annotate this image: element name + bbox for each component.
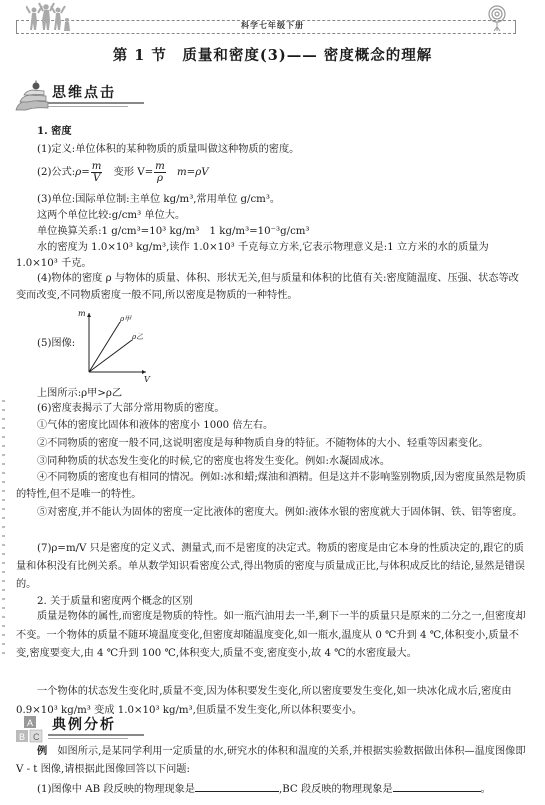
density-graph xyxy=(84,310,154,378)
formula-rho: ρ= xyxy=(75,167,90,178)
page-title: 第 1 节 质量和密度(3)—— 密度概念的理解 xyxy=(0,44,545,65)
divider xyxy=(48,738,128,739)
answer-blank-ab[interactable] xyxy=(195,781,279,792)
item-heading: 1. 密度 xyxy=(37,124,72,139)
section-header-examples: A B C 典例分析 xyxy=(14,712,144,746)
fraction: mρ xyxy=(154,161,166,184)
example-tag: 例 xyxy=(37,745,47,757)
svg-text:B: B xyxy=(19,732,25,742)
numerator: m xyxy=(154,161,166,173)
question-1: (1)图像中 AB 段反映的物理现象是,BC 段反映的物理现象是。 xyxy=(37,781,491,797)
axis-label-v: V xyxy=(144,372,150,387)
axis-label-m: m xyxy=(78,306,86,321)
paragraph-4: (4)物体的密度 ρ 与物体的质量、体积、形状无关,但与质量和体积的比值有关:密… xyxy=(16,270,528,304)
page-header: 科学七年级下册 xyxy=(0,0,545,40)
point-5: ⑤对密度,并不能认为固体的密度一定比液体的密度大。例如:液体水银的密度就大于固体… xyxy=(16,504,528,521)
section-title: 思维点击 xyxy=(52,82,116,102)
divider xyxy=(48,734,144,736)
divider xyxy=(48,106,128,107)
unit-line: (3)单位:国际单位制:主单位 kg/m³,常用单位 g/cm³。 xyxy=(37,192,280,207)
denominator: ρ xyxy=(154,173,166,184)
abc-blocks-icon: A B C xyxy=(14,712,54,746)
line-label-rho-a: ρ甲 xyxy=(120,312,131,327)
point-4: ④不同物质的密度也有相同的情况。例如:冰和蜡;煤油和酒精。但是这并不影响鉴别物质… xyxy=(16,469,528,503)
paragraph-7: (7)ρ=m/V 只是密度的定义式、测量式,而不是密度的决定式。物质的密度是由它… xyxy=(16,540,528,594)
line-label-rho-b: ρ乙 xyxy=(132,330,143,345)
section-header-thinking: 思维点击 xyxy=(14,80,144,114)
formula-prefix: (2)公式: xyxy=(37,167,75,178)
point-2: ②不同物质的密度一般不同,这说明密度是每种物质自身的特征。不随物体的大小、轻重等… xyxy=(37,436,488,451)
point-3: ③同种物质的状态发生变化的时候,它的密度也将发生变化。例如:水凝固成冰。 xyxy=(37,454,390,469)
book-title: 科学七年级下册 xyxy=(0,20,545,31)
water-density-line: 水的密度为 1.0×10³ kg/m³,读作 1.0×10³ 千克每立方米,它表… xyxy=(37,240,489,255)
unit-convert: 单位换算关系:1 g/cm³=10³ kg/m³ 1 kg/m³=10⁻³g/c… xyxy=(37,224,310,239)
question-1-part-a: (1)图像中 AB 段反映的物理现象是 xyxy=(37,784,195,795)
mass-density-paragraph: 质量是物体的属性,而密度是物质的特性。如一瓶汽油用去一半,剩下一半的质量只是原来… xyxy=(16,608,528,664)
question-1-end: 。 xyxy=(481,784,491,795)
answer-blank-bc[interactable] xyxy=(393,781,481,792)
definition: (1)定义:单位体积的某种物质的质量叫做这种物质的密度。 xyxy=(37,142,299,157)
point-1: ①气体的密度比固体和液体的密度小 1000 倍左右。 xyxy=(37,418,273,433)
formula-line: (2)公式:ρ=mV 变形 V=mρ m=ρV xyxy=(37,160,209,186)
item-heading: 2. 关于质量和密度两个概念的区别 xyxy=(37,594,193,609)
example-text: 例 如图所示,是某同学利用一定质量的水,研究水的体积和温度的关系,并根据实验数据… xyxy=(16,742,528,779)
spiral-decoration-icon xyxy=(484,4,510,32)
graph-label: (5)图像: xyxy=(37,336,75,351)
graph-caption: 上图所示:ρ甲>ρ乙 xyxy=(37,386,122,401)
water-density-line: 1.0×10³ 千克。 xyxy=(16,256,92,271)
paragraph-6: (6)密度表揭示了大部分常用物质的密度。 xyxy=(37,401,225,416)
section-title: 典例分析 xyxy=(52,714,116,734)
svg-text:C: C xyxy=(33,732,40,742)
question-1-part-b: ,BC 段反映的物理现象是 xyxy=(279,784,393,795)
formula-variant: 变形 V= xyxy=(103,167,153,178)
fraction: mV xyxy=(91,161,103,184)
formula-m: m=ρV xyxy=(167,167,209,178)
numerator: m xyxy=(91,161,103,173)
books-apple-icon xyxy=(14,80,54,114)
page-binding-dots xyxy=(2,400,5,660)
svg-text:A: A xyxy=(27,718,33,728)
divider xyxy=(48,102,144,104)
example-body: 如图所示,是某同学利用一定质量的水,研究水的体积和温度的关系,并根据实验数据做出… xyxy=(16,746,526,775)
denominator: V xyxy=(91,173,103,184)
unit-compare: 这两个单位比较:g/cm³ 单位大。 xyxy=(37,208,185,223)
